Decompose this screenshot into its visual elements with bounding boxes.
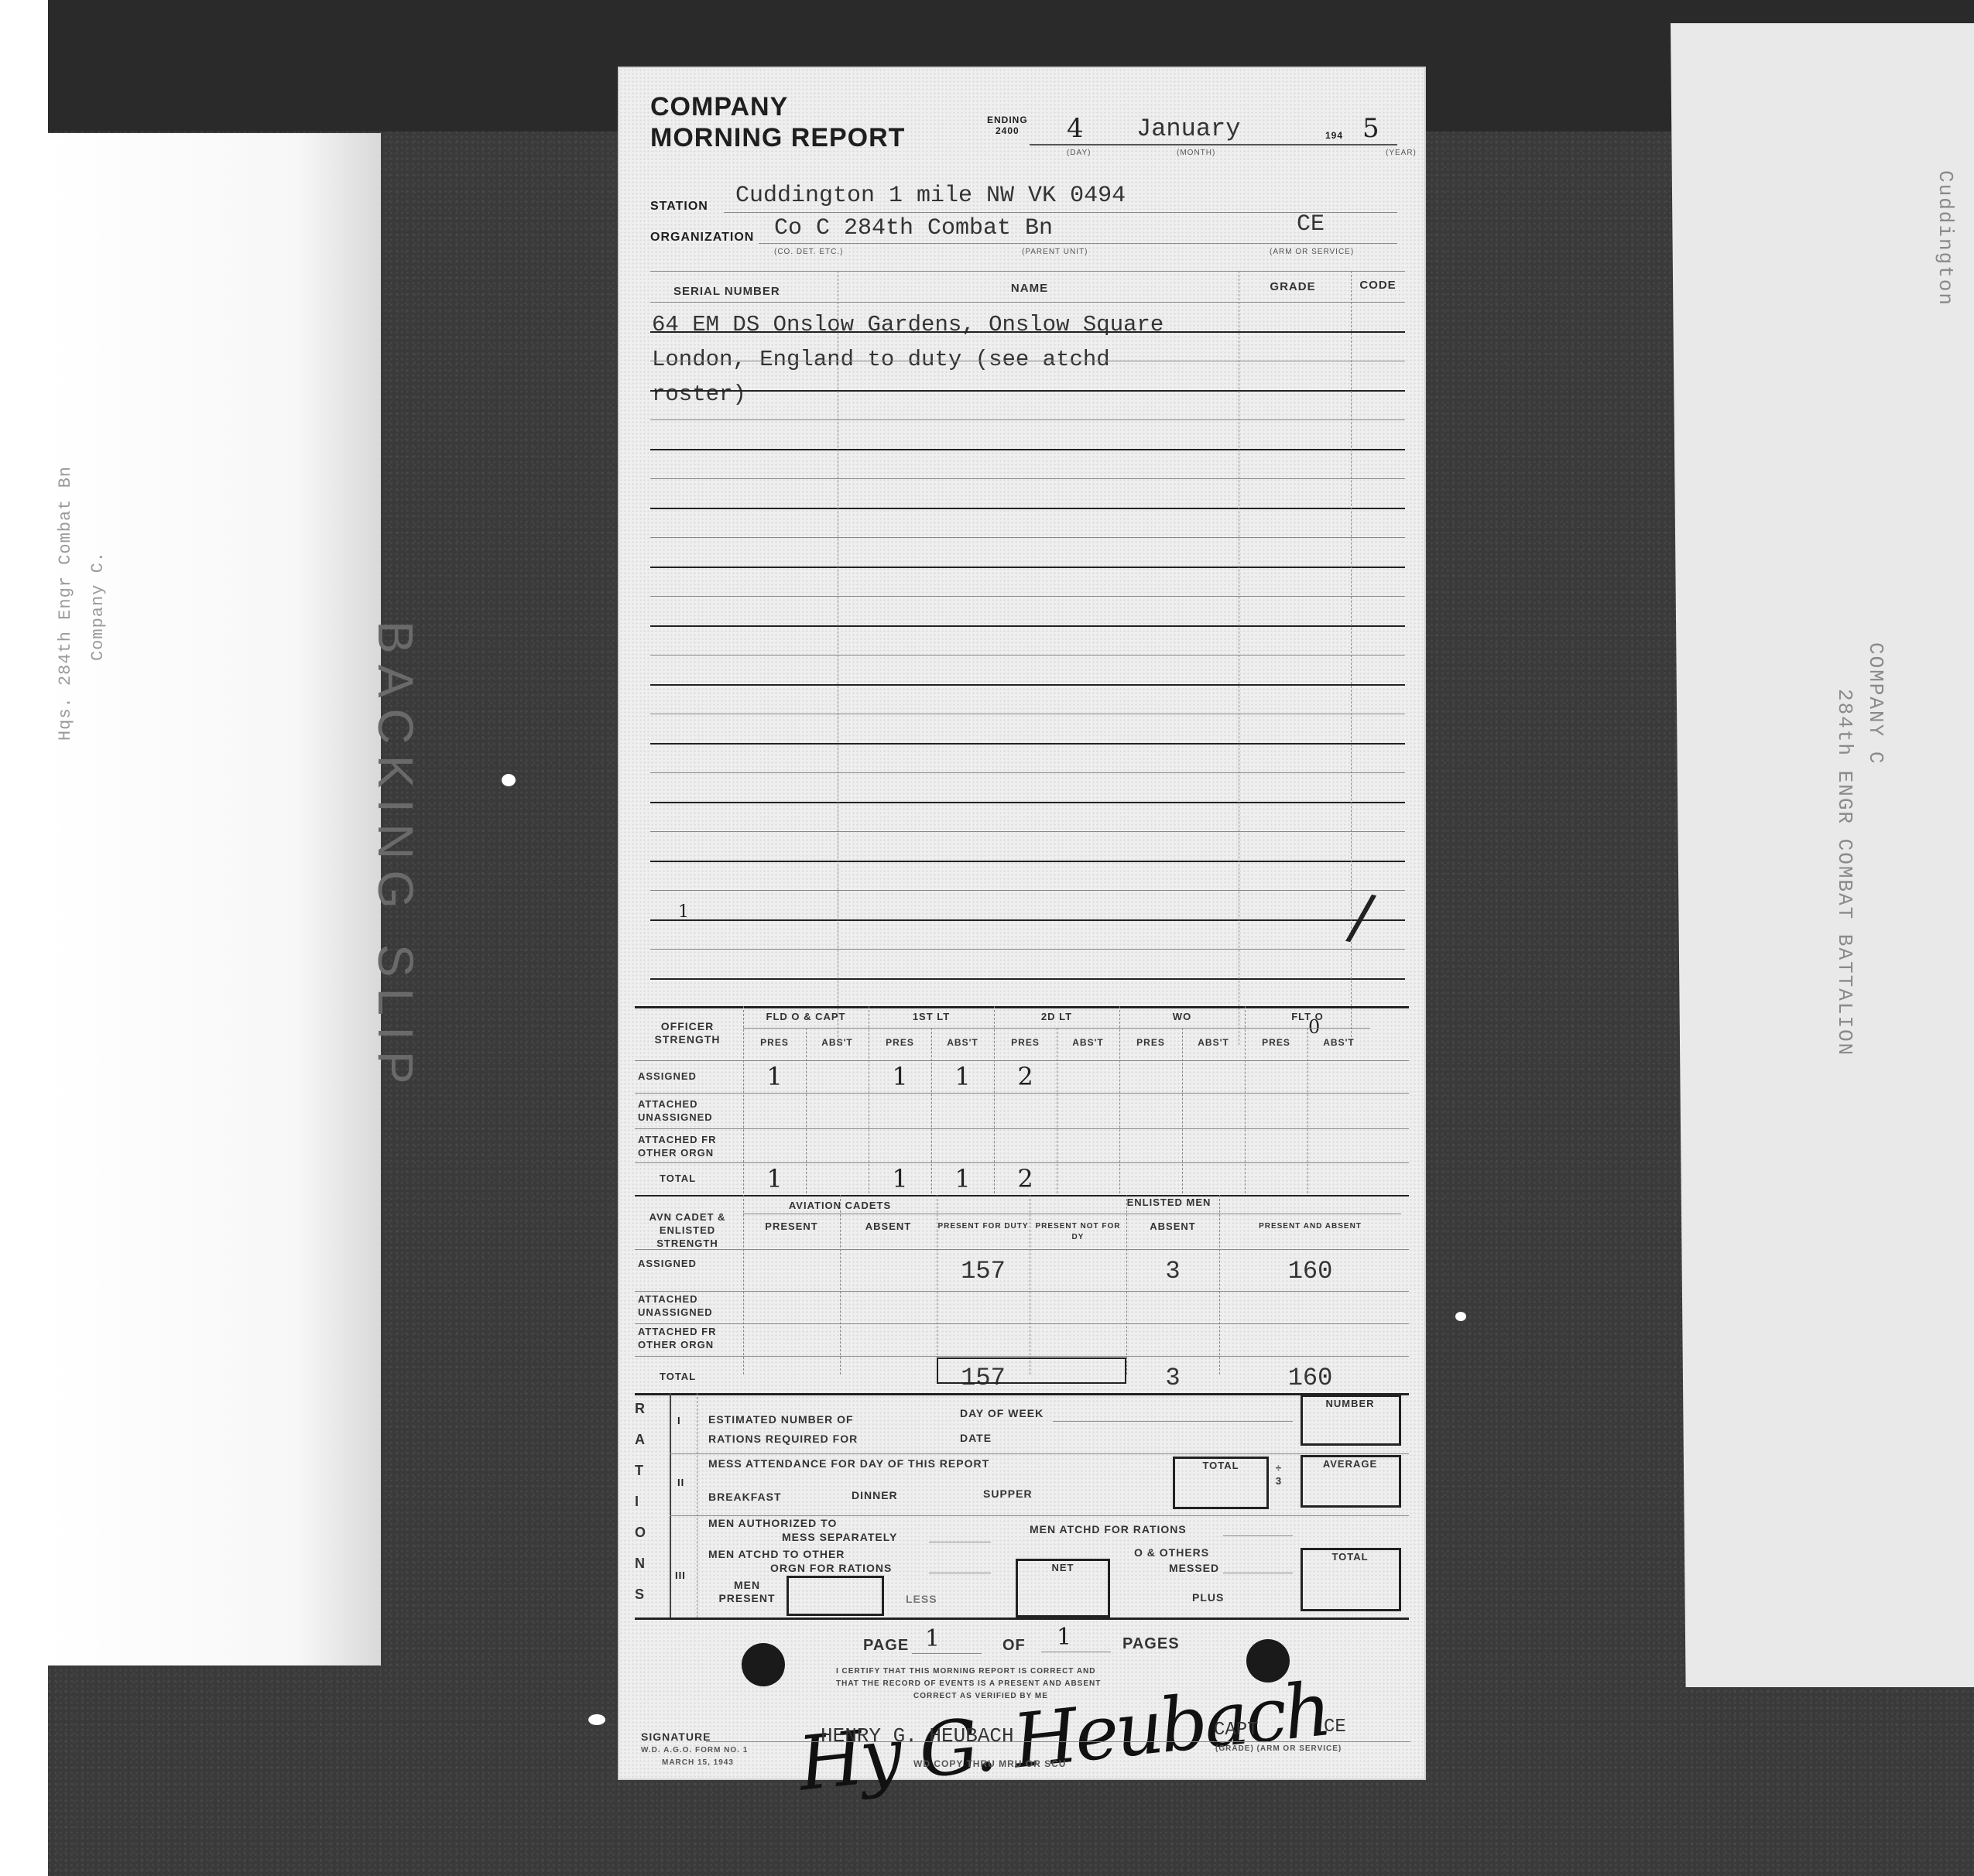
ruled-line (650, 361, 1405, 361)
rations-side-letter: T (635, 1463, 643, 1479)
officer-subcol-header: ABS'T (1182, 1037, 1245, 1048)
station-label: STATION (650, 200, 708, 214)
officer-group-header: 2D LT (994, 1011, 1119, 1022)
right-slip-battalion-text: 284th ENGR COMBAT BATTALION (1833, 689, 1856, 1056)
enlisted-column-header: PRESENT FOR DUTY (937, 1221, 1030, 1232)
men-atchd-rations-line (1223, 1535, 1293, 1536)
punch-hole-left (742, 1643, 785, 1686)
enlisted-count-value: 160 (1219, 1257, 1401, 1285)
officer-subcol-divider (1182, 1028, 1183, 1193)
ending-label-2: 2400 (987, 125, 1028, 136)
breakfast-label: BREAKFAST (708, 1491, 782, 1504)
rations-side-letter: A (635, 1432, 645, 1448)
ruled-line (650, 714, 1405, 714)
number-box-label: NUMBER (1301, 1398, 1400, 1409)
enlisted-column-header: ABSENT (1126, 1221, 1219, 1232)
men-atchd-other-label-1: MEN ATCHD TO OTHER (708, 1548, 845, 1561)
officer-row-rule (635, 1128, 1409, 1129)
copy-routing-note: WD COPY THRU MRU OR SCU (913, 1758, 1066, 1769)
org-caption-parent: (PARENT UNIT) (1022, 248, 1088, 256)
men-atchd-other-line (929, 1573, 991, 1573)
enlisted-row-label: TOTAL (638, 1370, 760, 1383)
ruled-line (650, 978, 1405, 980)
ruled-line (650, 655, 1405, 656)
ruled-line (650, 508, 1405, 509)
officer-count-value: 1 (931, 1164, 994, 1193)
right-slip-station-text: Cuddington (1934, 170, 1957, 306)
officer-table-top-rule (635, 1006, 1409, 1008)
name-column-divider (838, 271, 838, 1045)
mess-total-label: TOTAL (1173, 1460, 1269, 1471)
column-serial-number: SERIAL NUMBER (650, 285, 852, 298)
section-ii-numeral: II (677, 1477, 684, 1488)
organization-value: Co C 284th Combat Bn (774, 215, 1053, 241)
enlisted-column-divider (743, 1195, 744, 1374)
ruled-line (650, 861, 1405, 862)
officer-subcol-header: PRES (1119, 1037, 1182, 1048)
morning-report-form: COMPANY MORNING REPORT ENDING 2400 4 Jan… (619, 68, 1424, 1778)
officer-count-value: 1 (869, 1062, 931, 1091)
ruled-line (650, 537, 1405, 538)
officer-count-value: 2 (994, 1062, 1057, 1091)
officer-count-value: 2 (994, 1164, 1057, 1193)
column-grade: GRADE (1239, 280, 1347, 293)
officer-subcol-header: PRES (994, 1037, 1057, 1048)
officer-subcol-header: ABS'T (1307, 1037, 1370, 1048)
rations-side-letter: S (635, 1587, 644, 1603)
stray-mark-1: 1 (678, 902, 689, 922)
supper-label: SUPPER (983, 1487, 1033, 1501)
less-label: LESS (906, 1593, 937, 1606)
ruled-line (650, 449, 1405, 450)
signature-line (706, 1741, 1410, 1742)
backing-slip-left: Hqs. 284th Engr Combat Bn Company C. BAC… (48, 133, 381, 1665)
backing-slip-right: Cuddington COMPANY C 284th ENGR COMBAT B… (1671, 23, 1974, 1687)
officer-subcol-divider (1057, 1028, 1057, 1193)
men-present-box[interactable] (787, 1576, 884, 1616)
entry-line-3: roster) (652, 382, 746, 407)
arm-service-value: CE (1297, 211, 1325, 238)
page-number: 1 (925, 1625, 940, 1652)
officers-messed-line (1223, 1573, 1293, 1573)
officer-strength-title: OFFICER STRENGTH (641, 1020, 734, 1046)
plus-label: PLUS (1192, 1591, 1224, 1604)
total-pages: 1 (1057, 1624, 1071, 1651)
of-label: OF (1002, 1639, 1026, 1652)
ruled-line (650, 890, 1405, 891)
officer-row-label: ASSIGNED (638, 1070, 739, 1083)
enlisted-row-rule (635, 1291, 1409, 1292)
ruled-line (650, 419, 1405, 420)
page-number-line (912, 1653, 982, 1654)
section-iii-numeral: III (675, 1570, 686, 1581)
right-slip-company-text: COMPANY C (1864, 642, 1887, 765)
ruled-line (650, 743, 1405, 745)
officer-group-header: 1ST LT (869, 1011, 994, 1022)
officer-group-header: FLT O (1245, 1011, 1370, 1022)
enlisted-count-value: 157 (937, 1257, 1030, 1285)
form-title-line-2: MORNING REPORT (650, 122, 905, 153)
ruled-line (650, 625, 1405, 627)
date-label: DATE (960, 1432, 992, 1445)
enlisted-count-value: 160 (1219, 1364, 1401, 1392)
section-ii-bottom-rule (670, 1515, 1409, 1516)
ruled-line (650, 478, 1405, 479)
header-rule (650, 271, 1405, 272)
men-authorized-label-2: MESS SEPARATELY (782, 1531, 897, 1544)
form-title: COMPANY MORNING REPORT (650, 91, 905, 153)
year-prefix: 194 (1325, 130, 1343, 141)
ruled-line (650, 596, 1405, 597)
officer-row-rule (635, 1162, 1409, 1163)
scan-speck (588, 1714, 605, 1725)
backing-slip-company-text: Company C. (88, 551, 108, 661)
backing-slip-label: BACKING SLIP (367, 621, 424, 1095)
enlisted-row-label: ASSIGNED (638, 1257, 739, 1270)
org-caption-arm: (ARM OR SERVICE) (1270, 248, 1354, 256)
officer-subcol-header: PRES (1245, 1037, 1307, 1048)
officers-messed-label-2: MESSED (1169, 1562, 1219, 1575)
station-value: Cuddington 1 mile NW VK 0494 (735, 183, 1126, 209)
scan-speck (502, 774, 516, 786)
average-box-label: AVERAGE (1301, 1458, 1400, 1470)
enlisted-column-header: PRESENT NOT FOR DY (1030, 1221, 1126, 1243)
officer-row-label: ATTACHED FR OTHER ORGN (638, 1133, 739, 1159)
report-month: January (1136, 115, 1240, 143)
men-authorized-label-1: MEN AUTHORIZED TO (708, 1517, 837, 1530)
enlisted-column-header: PRESENT (743, 1221, 840, 1232)
officer-subcol-header: PRES (743, 1037, 806, 1048)
organization-underline (759, 243, 1397, 244)
signature-label: SIGNATURE (641, 1731, 711, 1744)
day-of-week-line (1053, 1421, 1293, 1422)
day-of-week-label: DAY OF WEEK (960, 1407, 1044, 1420)
officer-subcol-divider (806, 1028, 807, 1193)
enlisted-men-header: ENLISTED MEN (937, 1196, 1401, 1208)
ruled-line (650, 567, 1405, 568)
section-i-label-2: RATIONS REQUIRED FOR (708, 1433, 858, 1446)
men-present-label: MEN PRESENT (708, 1579, 786, 1605)
rations-side-letter: R (635, 1401, 645, 1417)
officer-row-label: TOTAL (638, 1172, 760, 1185)
divide-by-three: ÷ 3 (1273, 1461, 1284, 1487)
officer-group-divider (1245, 1006, 1246, 1193)
mess-attendance-label: MESS ATTENDANCE FOR DAY OF THIS REPORT (708, 1457, 989, 1470)
officer-group-divider (1119, 1006, 1120, 1193)
section-i-numeral: I (677, 1415, 681, 1426)
officer-row-rule (635, 1060, 1409, 1061)
year-caption: (YEAR) (1386, 149, 1417, 157)
certification-line-2: THAT THE RECORD OF EVENTS IS A PRESENT A… (836, 1679, 1101, 1688)
page-label: PAGE (863, 1639, 909, 1652)
ruled-line (650, 802, 1405, 803)
rations-numeral-divider (697, 1393, 697, 1618)
rations-top-rule (635, 1393, 1409, 1395)
enlisted-subheader-rule (743, 1214, 1401, 1214)
rations-total-label: TOTAL (1301, 1551, 1400, 1563)
section-i-bottom-rule (670, 1453, 1409, 1454)
certification-line-1: I CERTIFY THAT THIS MORNING REPORT IS CO… (836, 1667, 1095, 1676)
total-present-box (937, 1357, 1126, 1384)
rations-side-letter: N (635, 1556, 645, 1572)
ruled-line (650, 831, 1405, 832)
enlisted-strength-title: AVN CADET & ENLISTED STRENGTH (641, 1210, 734, 1250)
month-caption: (MONTH) (1177, 149, 1215, 157)
officer-subcol-header: ABS'T (931, 1037, 994, 1048)
officer-group-header: WO (1119, 1011, 1245, 1022)
ruled-line (650, 302, 1405, 303)
officer-row-rule (635, 1093, 1409, 1094)
men-atchd-rations-label: MEN ATCHD FOR RATIONS (1030, 1523, 1187, 1536)
form-date: MARCH 15, 1943 (662, 1758, 734, 1767)
officers-messed-label-1: O & OTHERS (1134, 1546, 1209, 1559)
rations-side-letter: I (635, 1494, 639, 1510)
column-code: CODE (1351, 279, 1405, 292)
enlisted-row-label: ATTACHED UNASSIGNED (638, 1292, 739, 1319)
ending-label-1: ENDING (987, 115, 1028, 125)
officer-count-value: 1 (869, 1164, 931, 1193)
report-day: 4 (1067, 113, 1084, 144)
total-pages-line (1041, 1652, 1111, 1652)
report-year-digit: 5 (1362, 113, 1379, 144)
men-authorized-line (929, 1542, 991, 1542)
rations-bottom-rule (635, 1618, 1409, 1620)
organization-label: ORGANIZATION (650, 231, 754, 245)
enlisted-count-value: 3 (1126, 1364, 1219, 1392)
section-i-label-1: ESTIMATED NUMBER OF (708, 1413, 858, 1426)
enlisted-column-divider (840, 1195, 841, 1374)
officer-subcol-header: ABS'T (1057, 1037, 1119, 1048)
officer-row-label: ATTACHED UNASSIGNED (638, 1097, 739, 1124)
enlisted-row-rule (635, 1249, 1409, 1250)
enlisted-row-rule (635, 1323, 1409, 1324)
ruled-line (650, 919, 1405, 921)
scan-left-margin (0, 0, 48, 1876)
dinner-label: DINNER (852, 1489, 898, 1502)
rations-side-letter: O (635, 1525, 646, 1541)
enlisted-row-label: ATTACHED FR OTHER ORGN (638, 1325, 739, 1351)
signer-arm: CE (1324, 1717, 1346, 1737)
rations-letter-divider (670, 1393, 671, 1618)
section-i-label: ESTIMATED NUMBER OF RATIONS REQUIRED FOR (708, 1413, 858, 1446)
form-title-line-1: COMPANY (650, 91, 905, 122)
column-name: NAME (836, 282, 1223, 295)
officer-count-value: 1 (931, 1062, 994, 1091)
ending-label: ENDING 2400 (987, 115, 1028, 136)
officer-group-header: FLD O & CAPT (743, 1011, 869, 1022)
ruled-line (650, 772, 1405, 773)
officer-count-value: 1 (743, 1164, 806, 1193)
ruled-line (650, 684, 1405, 686)
scan-speck (1455, 1312, 1466, 1321)
grade-caption: (GRADE) (ARM OR SERVICE) (1215, 1744, 1342, 1753)
officer-subcol-header: ABS'T (806, 1037, 869, 1048)
day-caption: (DAY) (1067, 149, 1091, 157)
ruled-line (650, 390, 1405, 392)
officer-subcol-divider (1307, 1028, 1308, 1193)
org-caption-unit: (CO. DET. ETC.) (774, 248, 843, 256)
signer-grade: CAPT (1214, 1720, 1259, 1741)
enlisted-row-rule (635, 1356, 1409, 1357)
enlisted-column-divider (1030, 1195, 1030, 1374)
officer-subcol-header: PRES (869, 1037, 931, 1048)
entry-line-2: London, England to duty (see atchd (652, 347, 1110, 372)
pages-label: PAGES (1122, 1638, 1180, 1651)
entry-line-1: 64 EM DS Onslow Gardens, Onslow Square (652, 312, 1163, 337)
enlisted-column-header: ABSENT (840, 1221, 937, 1232)
ruled-line (650, 949, 1405, 950)
net-box-label: NET (1016, 1562, 1110, 1573)
men-atchd-other-label-2: ORGN FOR RATIONS (770, 1562, 892, 1575)
date-underline (1030, 144, 1397, 145)
signer-name: HENRY G. HEUBACH (821, 1724, 1014, 1748)
grade-column-divider (1239, 271, 1239, 1045)
backing-slip-unit-text: Hqs. 284th Engr Combat Bn (56, 466, 75, 741)
enlisted-count-value: 3 (1126, 1257, 1219, 1285)
enlisted-column-header: PRESENT AND ABSENT (1219, 1221, 1401, 1232)
officer-count-value: 1 (743, 1062, 806, 1091)
ruled-line (650, 331, 1405, 333)
form-id: W.D. A.G.O. FORM NO. 1 (641, 1746, 748, 1754)
officer-subheader-rule (743, 1028, 1370, 1029)
